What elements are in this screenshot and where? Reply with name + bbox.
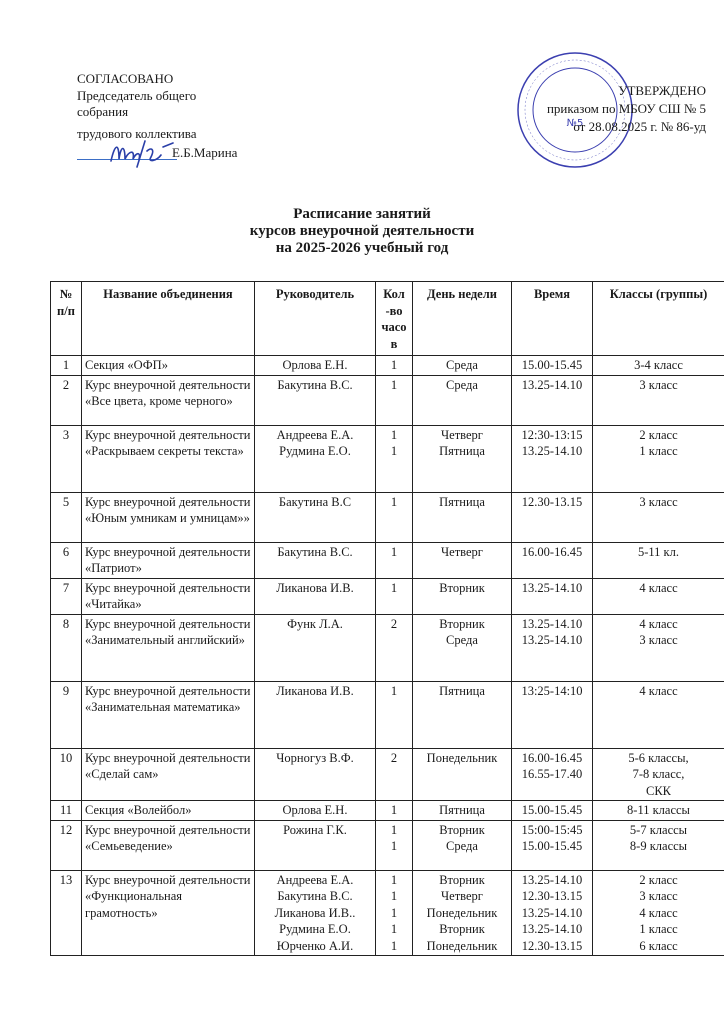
row-leaders-item: Ликанова И.В. (258, 580, 372, 597)
row-times: 13:25-14:10 (512, 681, 593, 748)
row-days-item: Вторник (416, 616, 508, 633)
row-days-item: Пятница (416, 443, 508, 460)
header-time: Время (512, 282, 593, 356)
row-name: Курс внеурочной деятельности «Все цвета,… (82, 375, 255, 425)
row-classes: 3 класс (593, 492, 724, 542)
approved-order-line: приказом по МБОУ СШ № 5 (547, 100, 706, 118)
row-classes: 5-11 кл. (593, 542, 724, 578)
row-hours-item: 1 (379, 580, 409, 597)
row-num: 11 (51, 801, 82, 821)
row-name-text: Курс внеурочной деятельности «Юным умник… (85, 494, 251, 527)
row-leaders-item: Андреева Е.А. (258, 427, 372, 444)
row-hours: 11 (376, 425, 413, 492)
row-classes: 2 класс3 класс4 класс1 класс6 класс (593, 870, 724, 956)
row-classes-item: 6 класс (596, 938, 721, 955)
row-days-item: Вторник (416, 872, 508, 889)
row-hours-item: 1 (379, 377, 409, 394)
row-name: Секция «Волейбол» (82, 801, 255, 821)
row-days: ЧетвергПятница (413, 425, 512, 492)
row-leaders-item: Бакутина В.С. (258, 888, 372, 905)
row-times-item: 13.25-14.10 (515, 616, 589, 633)
row-times-item: 13.25-14.10 (515, 377, 589, 394)
row-classes-item: 3 класс (596, 377, 721, 394)
row-name: Курс внеурочной деятельности «Патриот» (82, 542, 255, 578)
row-classes-item: 3-4 класс (596, 357, 721, 374)
row-num: 8 (51, 614, 82, 681)
table-row: 12Курс внеурочной деятельности «Семьевед… (51, 820, 724, 870)
row-num: 12 (51, 820, 82, 870)
row-times-item: 15.00-15.45 (515, 838, 589, 855)
row-name: Курс внеурочной деятельности «Функционал… (82, 870, 255, 956)
row-name: Курс внеурочной деятельности «Читайка» (82, 578, 255, 614)
row-classes-item: 8-9 классы (596, 838, 721, 855)
row-days-item: Четверг (416, 888, 508, 905)
row-name: Курс внеурочной деятельности «Юным умник… (82, 492, 255, 542)
header-classes: Классы (группы) (593, 282, 724, 356)
row-classes: 5-6 классы,7-8 класс,СКК (593, 748, 724, 801)
row-leaders-item: Андреева Е.А. (258, 872, 372, 889)
row-days-item: Понедельник (416, 750, 508, 767)
header-day: День недели (413, 282, 512, 356)
row-name-text: Курс внеурочной деятельности «Читайка» (85, 580, 251, 613)
row-days-item: Понедельник (416, 938, 508, 955)
row-hours-item: 1 (379, 838, 409, 855)
row-times-item: 13.25-14.10 (515, 443, 589, 460)
row-times-item: 12.30-13.15 (515, 494, 589, 511)
row-days-item: Среда (416, 377, 508, 394)
table-row: 3Курс внеурочной деятельности «Раскрывае… (51, 425, 724, 492)
table-row: 8Курс внеурочной деятельности «Занимател… (51, 614, 724, 681)
row-name-text: Курс внеурочной деятельности «Раскрываем… (85, 427, 251, 460)
row-leaders: Бакутина В.С. (255, 375, 376, 425)
row-hours-item: 1 (379, 443, 409, 460)
row-times-item: 16.00-16.45 (515, 750, 589, 767)
row-days-item: Среда (416, 357, 508, 374)
row-leaders: Андреева Е.А.Бакутина В.С.Ликанова И.В..… (255, 870, 376, 956)
row-hours-item: 1 (379, 683, 409, 700)
row-classes-item: 4 класс (596, 580, 721, 597)
row-times-item: 13:25-14:10 (515, 683, 589, 700)
row-times: 15:00-15:4515.00-15.45 (512, 820, 593, 870)
row-leaders-item: Бакутина В.С (258, 494, 372, 511)
row-name-text: Секция «ОФП» (85, 357, 251, 374)
row-name: Секция «ОФП» (82, 356, 255, 376)
row-leaders-item: Ликанова И.В.. (258, 905, 372, 922)
row-hours: 1 (376, 492, 413, 542)
row-hours-item: 2 (379, 616, 409, 633)
row-classes-item: 8-11 классы (596, 802, 721, 819)
row-times: 13.25-14.1012.30-13.1513.25-14.1013.25-1… (512, 870, 593, 956)
title-line-3: на 2025-2026 учебный год (0, 240, 724, 257)
row-leaders: Ликанова И.В. (255, 578, 376, 614)
agreed-block: СОГЛАСОВАНО Председатель общего собрания… (77, 71, 197, 161)
row-leaders-item: Орлова Е.Н. (258, 802, 372, 819)
row-times: 15.00-15.45 (512, 801, 593, 821)
table-row: 9Курс внеурочной деятельности «Занимател… (51, 681, 724, 748)
row-num: 1 (51, 356, 82, 376)
row-hours-item: 1 (379, 888, 409, 905)
row-hours: 11 (376, 820, 413, 870)
row-times: 13.25-14.10 (512, 375, 593, 425)
row-leaders: Чорногуз В.Ф. (255, 748, 376, 801)
row-times-item: 16.00-16.45 (515, 544, 589, 561)
row-num-text: 13 (54, 872, 78, 889)
row-classes-item: 5-7 классы (596, 822, 721, 839)
row-classes-item: 3 класс (596, 494, 721, 511)
table-row: 13Курс внеурочной деятельности «Функцион… (51, 870, 724, 956)
row-times-item: 12.30-13.15 (515, 888, 589, 905)
agreed-role-line-2: собрания (77, 104, 197, 121)
row-classes-item: 5-6 классы, (596, 750, 721, 767)
row-days: Среда (413, 356, 512, 376)
row-leaders: Орлова Е.Н. (255, 356, 376, 376)
row-num-text: 8 (54, 616, 78, 633)
row-num-text: 11 (54, 802, 78, 819)
row-leaders: Андреева Е.А.Рудмина Е.О. (255, 425, 376, 492)
row-hours: 11111 (376, 870, 413, 956)
row-num-text: 3 (54, 427, 78, 444)
row-days-item: Вторник (416, 921, 508, 938)
row-num-text: 1 (54, 357, 78, 374)
row-classes-item: 3 класс (596, 888, 721, 905)
row-leaders-item: Чорногуз В.Ф. (258, 750, 372, 767)
agreed-role-line-1: Председатель общего (77, 88, 197, 105)
header-num: № п/п (51, 282, 82, 356)
approved-heading: УТВЕРЖДЕНО (547, 82, 706, 100)
signatory-name: Е.Б.Марина (172, 145, 237, 162)
row-leaders-item: Рудмина Е.О. (258, 921, 372, 938)
table-row: 7Курс внеурочной деятельности «Читайка»Л… (51, 578, 724, 614)
row-leaders-item: Юрченко А.И. (258, 938, 372, 955)
row-classes: 4 класс (593, 681, 724, 748)
row-name-text: Курс внеурочной деятельности «Сделай сам… (85, 750, 251, 783)
row-classes-item: 4 класс (596, 683, 721, 700)
row-name-text: Курс внеурочной деятельности «Функционал… (85, 872, 251, 922)
row-num: 13 (51, 870, 82, 956)
document-title: Расписание занятий курсов внеурочной дея… (0, 206, 724, 257)
row-days-item: Среда (416, 632, 508, 649)
row-num-text: 12 (54, 822, 78, 839)
row-hours-item: 1 (379, 544, 409, 561)
row-hours: 2 (376, 748, 413, 801)
row-num: 3 (51, 425, 82, 492)
approved-block: УТВЕРЖДЕНО приказом по МБОУ СШ № 5 от 28… (547, 82, 706, 136)
signature-line: Е.Б.Марина (77, 143, 197, 161)
row-hours: 2 (376, 614, 413, 681)
row-days: Четверг (413, 542, 512, 578)
row-times: 16.00-16.45 (512, 542, 593, 578)
row-days: Пятница (413, 492, 512, 542)
row-times-item: 13.25-14.10 (515, 632, 589, 649)
row-classes: 3 класс (593, 375, 724, 425)
row-leaders: Орлова Е.Н. (255, 801, 376, 821)
row-name-text: Курс внеурочной деятельности «Заниматель… (85, 683, 251, 716)
row-times-item: 13.25-14.10 (515, 872, 589, 889)
row-classes: 3-4 класс (593, 356, 724, 376)
table-row: 11Секция «Волейбол»Орлова Е.Н.1Пятница15… (51, 801, 724, 821)
row-classes-item: 2 класс (596, 872, 721, 889)
row-classes-item: 1 класс (596, 443, 721, 460)
row-hours-item: 1 (379, 822, 409, 839)
row-hours-item: 1 (379, 427, 409, 444)
row-hours-item: 1 (379, 872, 409, 889)
row-num-text: 7 (54, 580, 78, 597)
row-times: 12:30-13:1513.25-14.10 (512, 425, 593, 492)
row-num-text: 6 (54, 544, 78, 561)
row-classes-item: 1 класс (596, 921, 721, 938)
row-hours: 1 (376, 801, 413, 821)
row-days: ВторникСреда (413, 820, 512, 870)
row-name: Курс внеурочной деятельности «Семьеведен… (82, 820, 255, 870)
agreed-heading: СОГЛАСОВАНО (77, 71, 197, 88)
row-leaders: Бакутина В.С (255, 492, 376, 542)
row-num-text: 5 (54, 494, 78, 511)
row-classes: 2 класс1 класс (593, 425, 724, 492)
row-hours: 1 (376, 356, 413, 376)
row-hours: 1 (376, 578, 413, 614)
row-days-item: Вторник (416, 580, 508, 597)
row-hours-item: 2 (379, 750, 409, 767)
row-hours: 1 (376, 542, 413, 578)
header-name: Название объединения (82, 282, 255, 356)
row-days-item: Четверг (416, 427, 508, 444)
row-times-item: 12:30-13:15 (515, 427, 589, 444)
row-classes: 4 класс (593, 578, 724, 614)
row-times: 16.00-16.4516.55-17.40 (512, 748, 593, 801)
row-days-item: Понедельник (416, 905, 508, 922)
row-hours-item: 1 (379, 905, 409, 922)
row-name: Курс внеурочной деятельности «Раскрываем… (82, 425, 255, 492)
row-times-item: 13.25-14.10 (515, 921, 589, 938)
row-classes-item: 4 класс (596, 616, 721, 633)
row-times-item: 16.55-17.40 (515, 766, 589, 783)
row-num: 6 (51, 542, 82, 578)
row-leaders-item: Бакутина В.С. (258, 377, 372, 394)
row-num-text: 9 (54, 683, 78, 700)
row-classes-item: 4 класс (596, 905, 721, 922)
row-classes: 8-11 классы (593, 801, 724, 821)
row-times: 13.25-14.10 (512, 578, 593, 614)
row-classes-item: 2 класс (596, 427, 721, 444)
signature-icon (107, 137, 177, 169)
row-classes: 5-7 классы8-9 классы (593, 820, 724, 870)
row-num: 10 (51, 748, 82, 801)
row-leaders-item: Орлова Е.Н. (258, 357, 372, 374)
row-name-text: Курс внеурочной деятельности «Все цвета,… (85, 377, 251, 410)
row-leaders-item: Рудмина Е.О. (258, 443, 372, 460)
row-times: 15.00-15.45 (512, 356, 593, 376)
row-leaders-item: Рожина Г.К. (258, 822, 372, 839)
row-hours: 1 (376, 375, 413, 425)
row-times-item: 13.25-14.10 (515, 580, 589, 597)
row-hours-item: 1 (379, 938, 409, 955)
row-classes-item: СКК (596, 783, 721, 800)
table-row: 6Курс внеурочной деятельности «Патриот»Б… (51, 542, 724, 578)
header-leader: Руководитель (255, 282, 376, 356)
row-name-text: Курс внеурочной деятельности «Семьеведен… (85, 822, 251, 855)
row-days-item: Четверг (416, 544, 508, 561)
row-times-item: 13.25-14.10 (515, 905, 589, 922)
row-days: Пятница (413, 801, 512, 821)
row-classes-item: 7-8 класс, (596, 766, 721, 783)
row-leaders-item: Ликанова И.В. (258, 683, 372, 700)
row-days: ВторникЧетвергПонедельникВторникПонедель… (413, 870, 512, 956)
row-times: 12.30-13.15 (512, 492, 593, 542)
row-days-item: Пятница (416, 494, 508, 511)
title-line-2: курсов внеурочной деятельности (0, 223, 724, 240)
row-days-item: Среда (416, 838, 508, 855)
row-days: Понедельник (413, 748, 512, 801)
row-num: 2 (51, 375, 82, 425)
row-name-text: Секция «Волейбол» (85, 802, 251, 819)
row-classes: 4 класс3 класс (593, 614, 724, 681)
schedule-table: № п/п Название объединения Руководитель … (50, 281, 724, 956)
row-name-text: Курс внеурочной деятельности «Заниматель… (85, 616, 251, 649)
row-times: 13.25-14.1013.25-14.10 (512, 614, 593, 681)
row-num: 5 (51, 492, 82, 542)
row-days: ВторникСреда (413, 614, 512, 681)
approved-date-line: от 28.08.2025 г. № 86-уд (547, 118, 706, 136)
row-times-item: 15:00-15:45 (515, 822, 589, 839)
row-hours-item: 1 (379, 802, 409, 819)
row-times-item: 15.00-15.45 (515, 802, 589, 819)
row-hours-item: 1 (379, 357, 409, 374)
row-leaders: Бакутина В.С. (255, 542, 376, 578)
table-row: 10Курс внеурочной деятельности «Сделай с… (51, 748, 724, 801)
row-leaders: Ликанова И.В. (255, 681, 376, 748)
row-days-item: Пятница (416, 683, 508, 700)
row-hours: 1 (376, 681, 413, 748)
row-classes-item: 5-11 кл. (596, 544, 721, 561)
row-name: Курс внеурочной деятельности «Сделай сам… (82, 748, 255, 801)
row-times-item: 15.00-15.45 (515, 357, 589, 374)
row-leaders: Рожина Г.К. (255, 820, 376, 870)
row-hours-item: 1 (379, 494, 409, 511)
row-num-text: 10 (54, 750, 78, 767)
schedule-body: 1Секция «ОФП»Орлова Е.Н.1Среда15.00-15.4… (51, 356, 724, 956)
table-row: 5Курс внеурочной деятельности «Юным умни… (51, 492, 724, 542)
row-times-item: 12.30-13.15 (515, 938, 589, 955)
row-leaders-item: Функ Л.А. (258, 616, 372, 633)
row-hours-item: 1 (379, 921, 409, 938)
row-num: 7 (51, 578, 82, 614)
row-name-text: Курс внеурочной деятельности «Патриот» (85, 544, 251, 577)
row-leaders-item: Бакутина В.С. (258, 544, 372, 561)
row-days: Вторник (413, 578, 512, 614)
table-header-row: № п/п Название объединения Руководитель … (51, 282, 724, 356)
row-name: Курс внеурочной деятельности «Заниматель… (82, 614, 255, 681)
table-row: 1Секция «ОФП»Орлова Е.Н.1Среда15.00-15.4… (51, 356, 724, 376)
header-hours: Кол -во часо в (376, 282, 413, 356)
row-name: Курс внеурочной деятельности «Заниматель… (82, 681, 255, 748)
row-days: Среда (413, 375, 512, 425)
row-num-text: 2 (54, 377, 78, 394)
row-days: Пятница (413, 681, 512, 748)
title-line-1: Расписание занятий (0, 206, 724, 223)
row-days-item: Пятница (416, 802, 508, 819)
row-num: 9 (51, 681, 82, 748)
row-days-item: Вторник (416, 822, 508, 839)
table-row: 2Курс внеурочной деятельности «Все цвета… (51, 375, 724, 425)
row-leaders: Функ Л.А. (255, 614, 376, 681)
row-classes-item: 3 класс (596, 632, 721, 649)
